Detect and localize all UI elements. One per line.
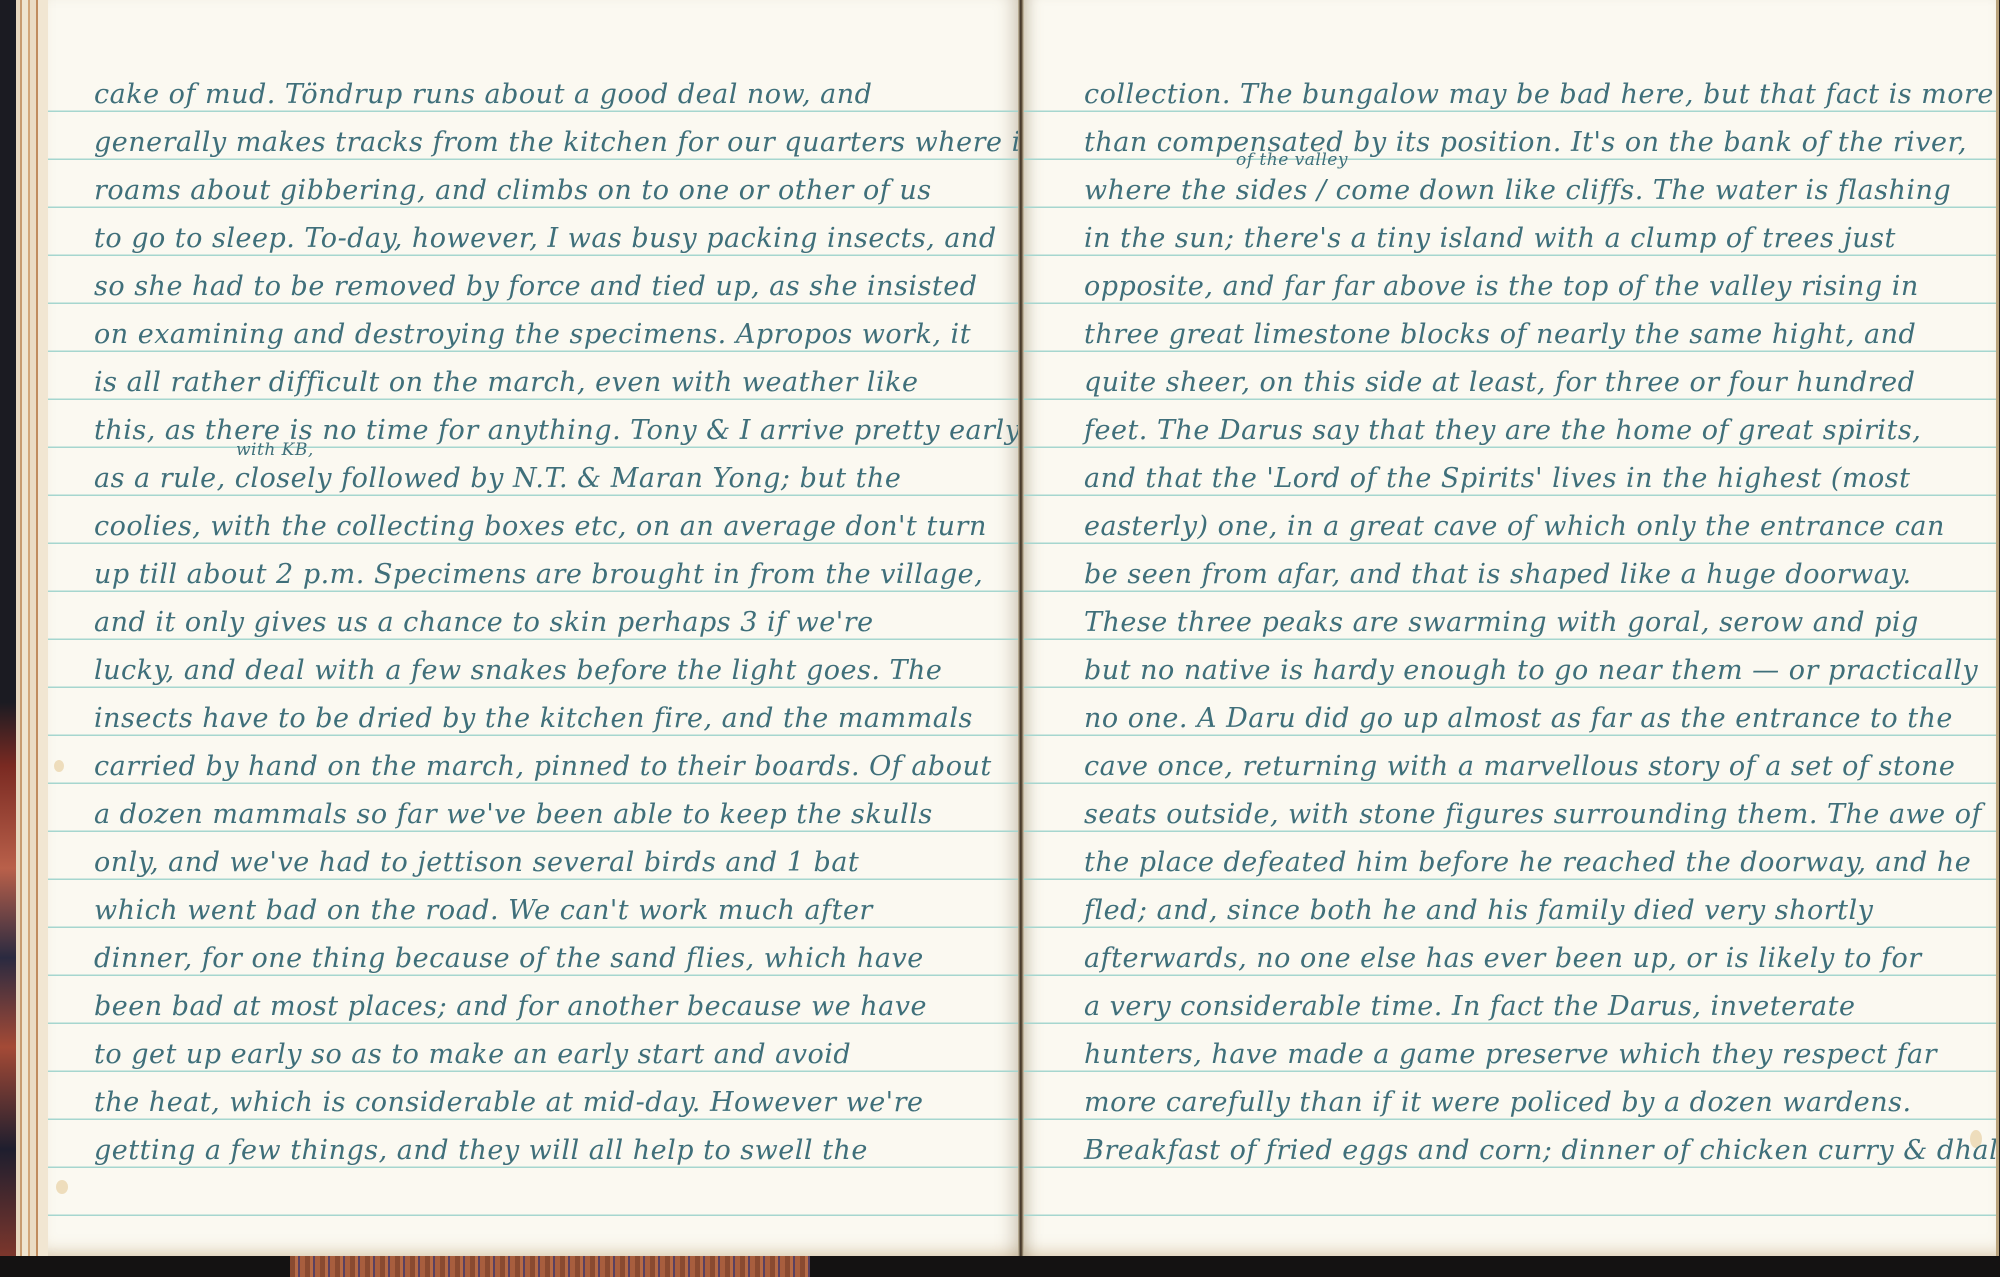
text-line: a dozen mammals so far we've been able t… bbox=[48, 784, 1020, 832]
text-line: getting a few things, and they will all … bbox=[48, 1120, 1020, 1168]
text-line: to get up early so as to make an early s… bbox=[48, 1024, 1020, 1072]
text-line: been bad at most places; and for another… bbox=[48, 976, 1020, 1024]
text-line: a very considerable time. In fact the Da… bbox=[1024, 976, 1996, 1024]
text-line: which went bad on the road. We can't wor… bbox=[48, 880, 1020, 928]
text-line: and that the 'Lord of the Spirits' lives… bbox=[1024, 448, 1996, 496]
text-line: feet. The Darus say that they are the ho… bbox=[1024, 400, 1996, 448]
text-line: up till about 2 p.m. Specimens are broug… bbox=[48, 544, 1020, 592]
text-line: three great limestone blocks of nearly t… bbox=[1024, 304, 1996, 352]
left-page: cake of mud. Töndrup runs about a good d… bbox=[48, 0, 1020, 1256]
text-line: fled; and, since both he and his family … bbox=[1024, 880, 1996, 928]
text-line: the place defeated him before he reached… bbox=[1024, 832, 1996, 880]
text-line: Breakfast of fried eggs and corn; dinner… bbox=[1024, 1120, 1996, 1168]
text-line: but no native is hardy enough to go near… bbox=[1024, 640, 1996, 688]
text-line: of the valley where the sides / come dow… bbox=[1024, 160, 1996, 208]
text-line: hunters, have made a game preserve which… bbox=[1024, 1024, 1996, 1072]
text-line: insects have to be dried by the kitchen … bbox=[48, 688, 1020, 736]
text-line: with KB, as a rule, closely followed by … bbox=[48, 448, 1020, 496]
text-line: collection. The bungalow may be bad here… bbox=[1024, 64, 1996, 112]
text-line: lucky, and deal with a few snakes before… bbox=[48, 640, 1020, 688]
text-line: be seen from afar, and that is shaped li… bbox=[1024, 544, 1996, 592]
text-line: on examining and destroying the specimen… bbox=[48, 304, 1020, 352]
text-line: quite sheer, on this side at least, for … bbox=[1024, 352, 1996, 400]
text-line: easterly) one, in a great cave of which … bbox=[1024, 496, 1996, 544]
text-line: opposite, and far far above is the top o… bbox=[1024, 256, 1996, 304]
text-line: the heat, which is considerable at mid-d… bbox=[48, 1072, 1020, 1120]
right-page: collection. The bungalow may be bad here… bbox=[1024, 0, 1999, 1256]
text-line: coolies, with the collecting boxes etc, … bbox=[48, 496, 1020, 544]
foxing-stain bbox=[56, 1180, 68, 1194]
interlinear-insertion: with KB, bbox=[236, 442, 314, 459]
marbled-cover-edge bbox=[0, 0, 16, 1277]
text-line: cake of mud. Töndrup runs about a good d… bbox=[48, 64, 1020, 112]
right-page-text: collection. The bungalow may be bad here… bbox=[1024, 64, 1996, 1168]
text-line: no one. A Daru did go up almost as far a… bbox=[1024, 688, 1996, 736]
book-bottom-edge bbox=[0, 1256, 2000, 1277]
left-page-text: cake of mud. Töndrup runs about a good d… bbox=[48, 64, 1020, 1168]
text-line: so she had to be removed by force and ti… bbox=[48, 256, 1020, 304]
text-line: dinner, for one thing because of the san… bbox=[48, 928, 1020, 976]
page-stack-edges bbox=[16, 0, 48, 1258]
text-line: more carefully than if it were policed b… bbox=[1024, 1072, 1996, 1120]
text-line: in the sun; there's a tiny island with a… bbox=[1024, 208, 1996, 256]
text-line: is all rather difficult on the march, ev… bbox=[48, 352, 1020, 400]
interlinear-insertion: of the valley bbox=[1236, 152, 1348, 169]
text-line: These three peaks are swarming with gora… bbox=[1024, 592, 1996, 640]
text-line: and it only gives us a chance to skin pe… bbox=[48, 592, 1020, 640]
text-line: than compensated by its position. It's o… bbox=[1024, 112, 1996, 160]
marbled-fore-edge bbox=[290, 1256, 810, 1277]
text-line: roams about gibbering, and climbs on to … bbox=[48, 160, 1020, 208]
text-line: carried by hand on the march, pinned to … bbox=[48, 736, 1020, 784]
text-line: only, and we've had to jettison several … bbox=[48, 832, 1020, 880]
text-line: seats outside, with stone figures surrou… bbox=[1024, 784, 1996, 832]
text-line: generally makes tracks from the kitchen … bbox=[48, 112, 1020, 160]
text-line: cave once, returning with a marvellous s… bbox=[1024, 736, 1996, 784]
text-line: this, as there is no time for anything. … bbox=[48, 400, 1020, 448]
text-line: afterwards, no one else has ever been up… bbox=[1024, 928, 1996, 976]
text-line: to go to sleep. To-day, however, I was b… bbox=[48, 208, 1020, 256]
